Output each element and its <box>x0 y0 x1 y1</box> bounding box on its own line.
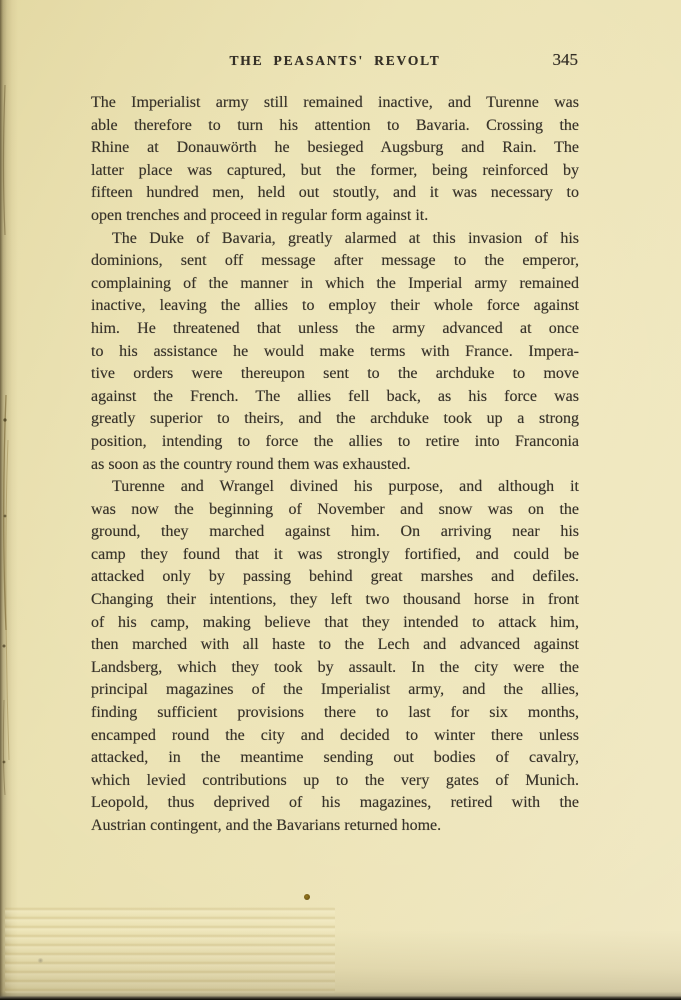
text-line: of his camp, making believe that they in… <box>91 612 579 635</box>
text-line: able therefore to turn his attention to … <box>91 115 579 138</box>
paragraph: The Duke of Bavaria, greatly alarmed at … <box>91 228 579 477</box>
text-line: The Imperialist army still remained inac… <box>91 92 579 115</box>
text-line: complaining of the manner in which the I… <box>91 273 579 296</box>
text-line: The Duke of Bavaria, greatly alarmed at … <box>91 228 579 251</box>
text-line: as soon as the country round them was ex… <box>91 454 579 477</box>
text-line: attacked only by passing behind great ma… <box>91 566 579 589</box>
paper-smudge <box>37 958 44 963</box>
text-line: principal magazines of the Imperialist a… <box>91 679 579 702</box>
printed-content: THE PEASANTS' REVOLT 345 The Imperialist… <box>91 50 579 838</box>
running-header: THE PEASANTS' REVOLT 345 <box>91 50 579 72</box>
paragraph: Turenne and Wrangel divined his purpose,… <box>91 476 579 838</box>
text-line: Changing their intentions, they left two… <box>91 589 579 612</box>
text-line: was now the beginning of November and sn… <box>91 499 579 522</box>
text-line: encamped round the city and decided to w… <box>91 725 579 748</box>
text-line: against the French. The allies fell back… <box>91 386 579 409</box>
text-line: latter place was captured, but the forme… <box>91 160 579 183</box>
book-page-scan: THE PEASANTS' REVOLT 345 The Imperialist… <box>0 0 681 1000</box>
text-line: inactive, leaving the allies to employ t… <box>91 295 579 318</box>
running-header-title: THE PEASANTS' REVOLT <box>91 53 579 69</box>
text-line: position, intending to force the allies … <box>91 431 579 454</box>
paragraph: The Imperialist army still remained inac… <box>91 92 579 228</box>
text-line: him. He threatened that unless the army … <box>91 318 579 341</box>
page-number: 345 <box>553 50 579 70</box>
bottom-page-stack-edges <box>5 907 335 993</box>
text-line: finding sufficient provisions there to l… <box>91 702 579 725</box>
text-line: tive orders were thereupon sent to the a… <box>91 363 579 386</box>
paper-speck <box>304 894 310 900</box>
text-line: Rhine at Donauwörth he besieged Augsburg… <box>91 137 579 160</box>
left-binding-shadow <box>0 0 18 1000</box>
text-line: then marched with all haste to the Lech … <box>91 634 579 657</box>
text-line: fifteen hundred men, held out stoutly, a… <box>91 182 579 205</box>
text-line: attacked, in the meantime sending out bo… <box>91 747 579 770</box>
left-page-edge-lines <box>0 0 20 1000</box>
text-line: Turenne and Wrangel divined his purpose,… <box>91 476 579 499</box>
text-line: Leopold, thus deprived of his magazines,… <box>91 792 579 815</box>
text-line: camp they found that it was strongly for… <box>91 544 579 567</box>
page-body: The Imperialist army still remained inac… <box>91 92 579 838</box>
text-line: greatly superior to theirs, and the arch… <box>91 408 579 431</box>
text-line: open trenches and proceed in regular for… <box>91 205 579 228</box>
text-line: Landsberg, which they took by assault. I… <box>91 657 579 680</box>
text-line: dominions, sent off message after messag… <box>91 250 579 273</box>
text-line: ground, they marched against him. On arr… <box>91 521 579 544</box>
text-line: which levied contributions up to the ver… <box>91 770 579 793</box>
text-line: Austrian contingent, and the Bavarians r… <box>91 815 579 838</box>
bottom-book-edge <box>0 930 681 1000</box>
text-line: to his assistance he would make terms wi… <box>91 341 579 364</box>
